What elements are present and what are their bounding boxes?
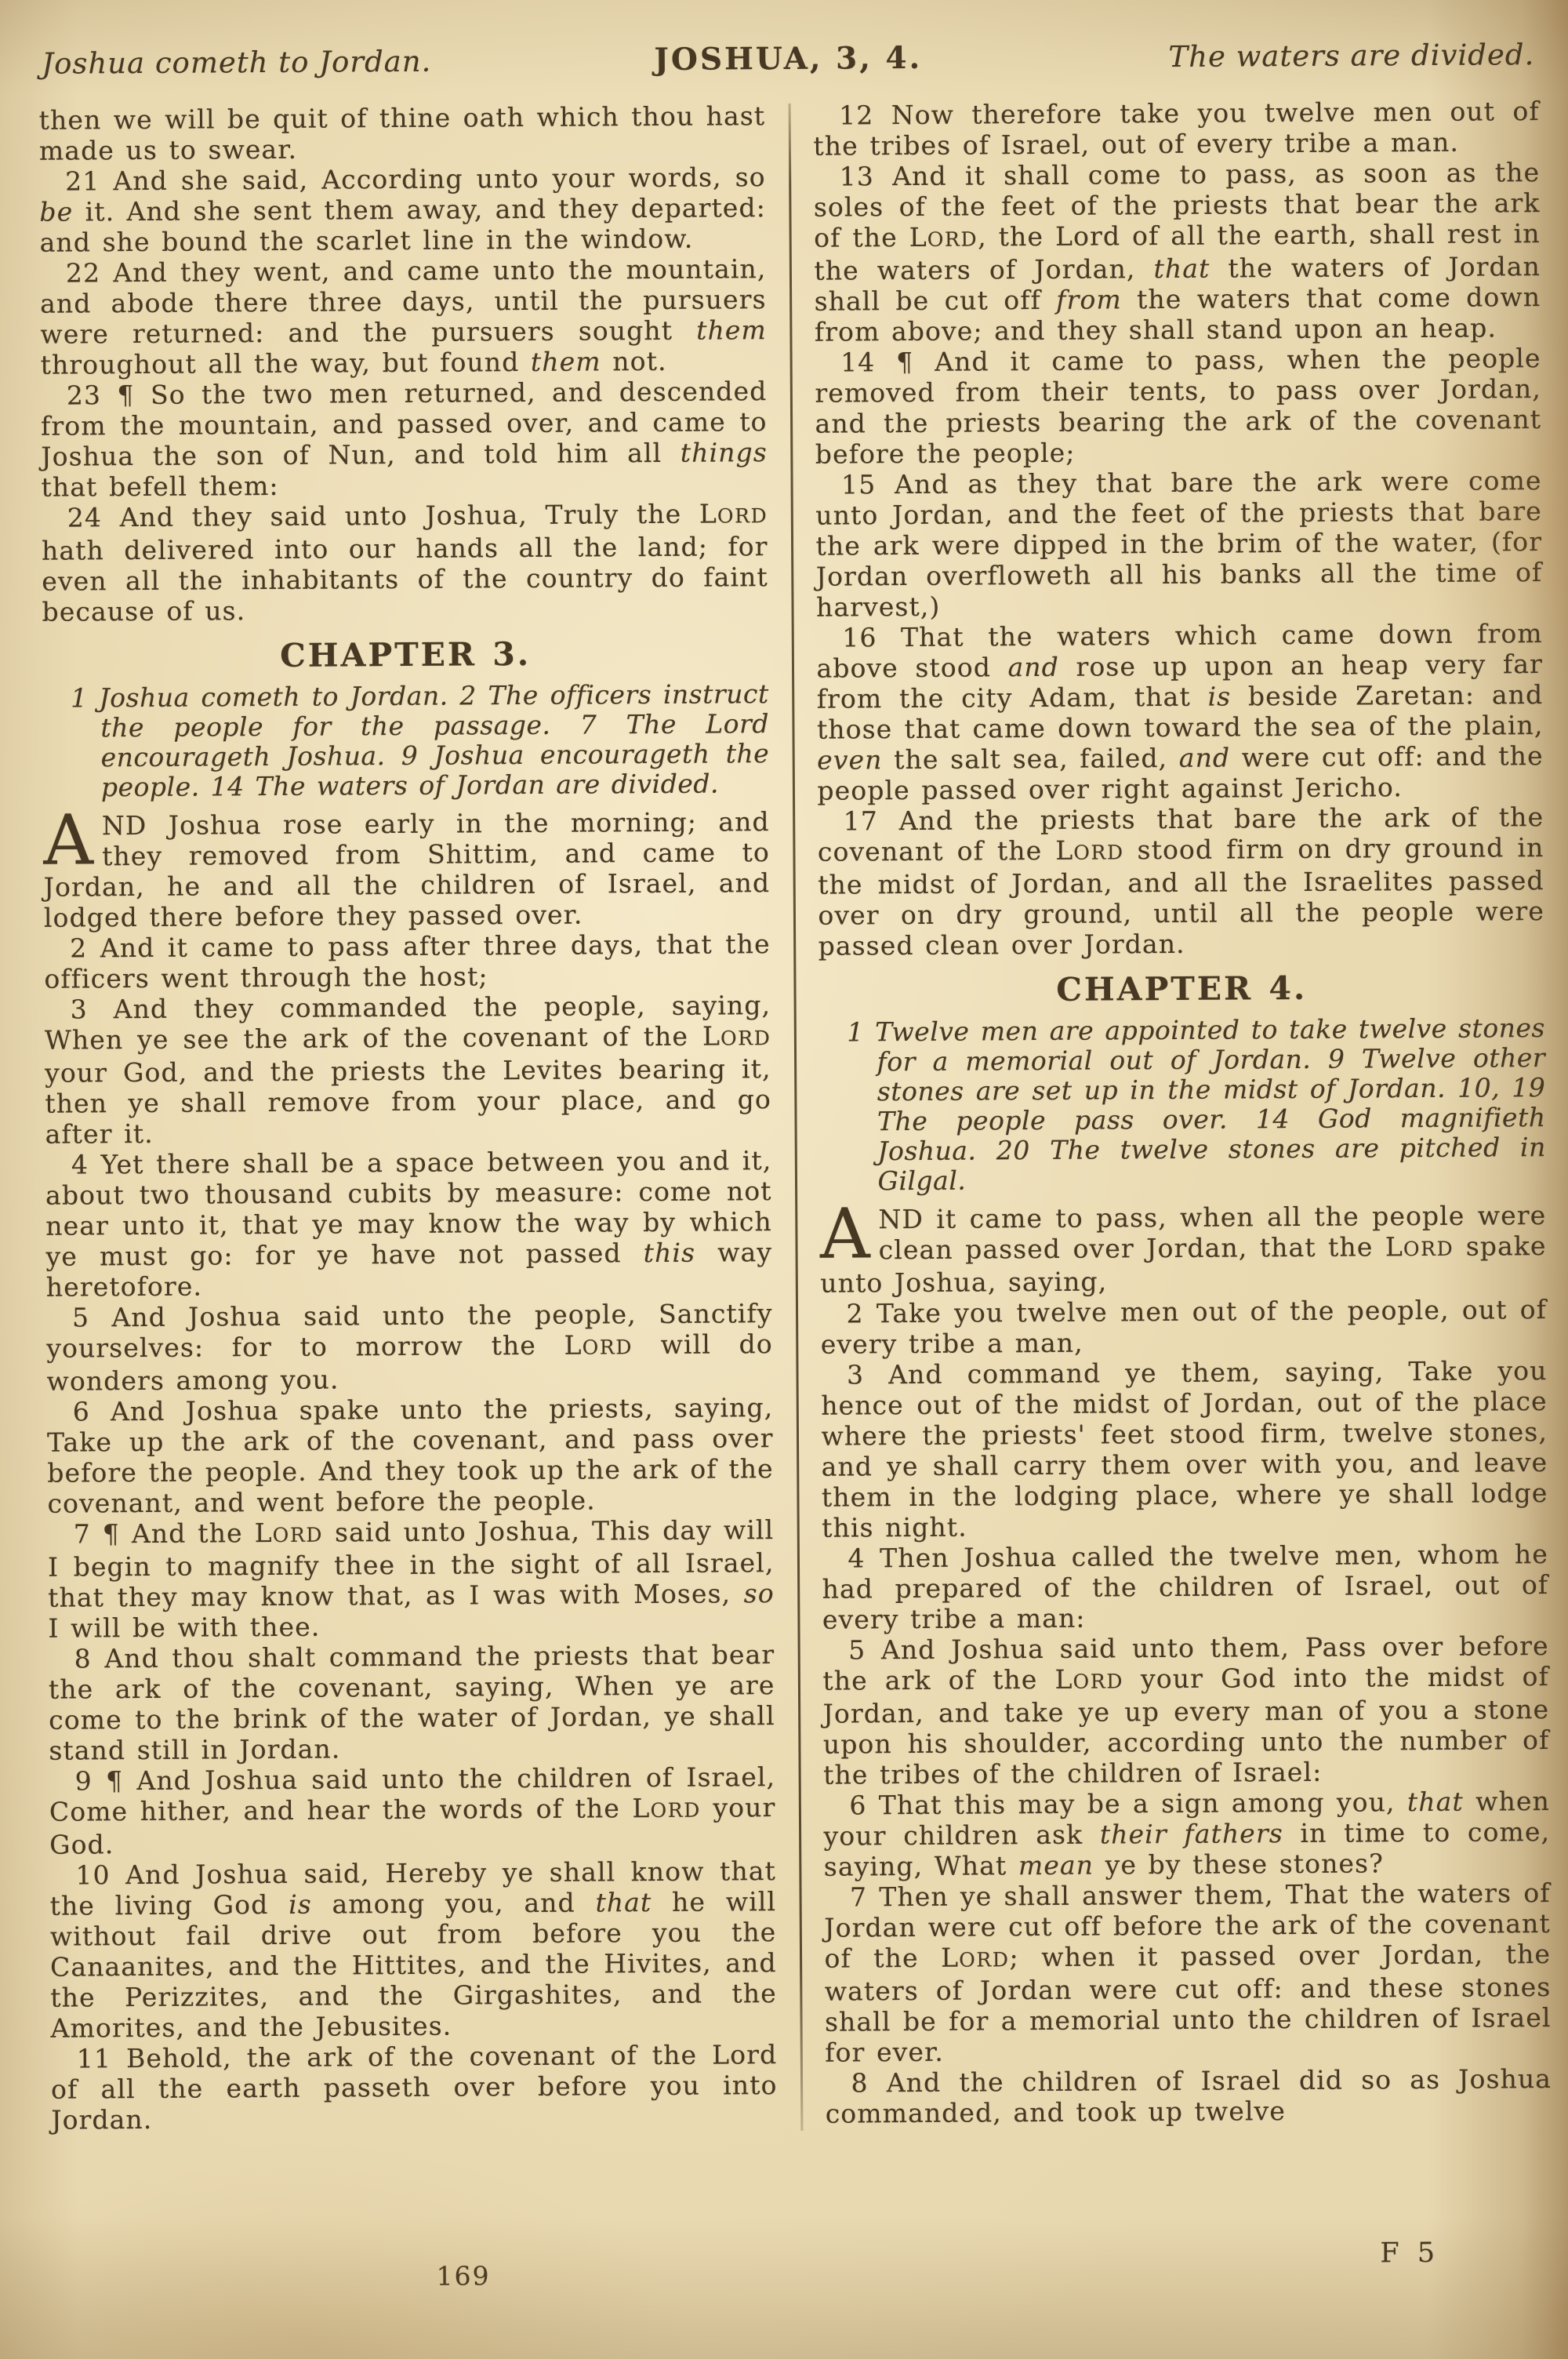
verse-paragraph: 24 And they said unto Joshua, Truly the …	[42, 498, 768, 627]
chapter-heading: CHAPTER 4.	[818, 969, 1545, 1009]
chapter-summary: 1 Twelve men are appointed to take twelv…	[818, 1013, 1546, 1197]
running-head-right: The waters are divided.	[930, 38, 1534, 75]
verse-paragraph: 4 Yet there shall be a space between you…	[45, 1145, 773, 1303]
column-left: then we will be quit of thine oath which…	[39, 100, 778, 2135]
verse-paragraph: 7 Then ye shall answer them, That the wa…	[824, 1877, 1552, 2068]
small-caps-lord: ORD	[720, 1027, 771, 1049]
verse-paragraph: 10 And Joshua said, Hereby ye shall know…	[49, 1856, 777, 2044]
verse-paragraph: 5 And Joshua said unto the people, Sanct…	[46, 1298, 773, 1397]
small-caps-lord: ORD	[1073, 1670, 1124, 1692]
small-caps-lord: ORD	[1403, 1238, 1454, 1260]
chapter-summary: 1 Joshua cometh to Jordan. 2 The officer…	[42, 679, 769, 803]
verse-paragraph: 8 And the children of Israel did so as J…	[825, 2063, 1552, 2129]
verse-paragraph: 13 And it shall come to pass, as soon as…	[814, 157, 1541, 347]
running-header: Joshua cometh to Jordan. JOSHUA, 3, 4. T…	[0, 0, 1561, 82]
verse-paragraph: 3 And command ye them, saying, Take you …	[821, 1355, 1548, 1543]
verse-paragraph: 2 And it came to pass after three days, …	[44, 929, 771, 994]
page-content: Joshua cometh to Jordan. JOSHUA, 3, 4. T…	[0, 0, 1568, 2359]
verse-paragraph: 2 Take you twelve men out of the people,…	[820, 1294, 1547, 1360]
chapter-heading: CHAPTER 3.	[42, 635, 769, 674]
small-caps-lord: ORD	[927, 227, 978, 250]
verse-paragraph: 14 ¶ And it came to pass, when the peopl…	[815, 343, 1541, 470]
book-chapter-title: JOSHUA, 3, 4.	[646, 40, 930, 78]
verse-paragraph: 4 Then Joshua called the twelve men, who…	[822, 1539, 1548, 1635]
verse-paragraph: 17 And the priests that bare the ark of …	[818, 801, 1545, 961]
verse-paragraph: 15 And as they that bare the ark were co…	[815, 465, 1543, 623]
verse-paragraph: 22 And they went, and came unto the moun…	[40, 253, 767, 380]
column-right: 12 Now therefore take you twelve men out…	[813, 96, 1552, 2131]
verse-paragraph: 11 Behold, the ark of the covenant of th…	[51, 2039, 778, 2135]
signature-mark: F 5	[1380, 2237, 1439, 2269]
small-caps-lord: ORD	[717, 504, 768, 527]
drop-cap-letter: A	[820, 1204, 879, 1264]
verse-continuation: then we will be quit of thine oath which…	[39, 100, 766, 166]
verse-paragraph: 5 And Joshua said unto them, Pass over b…	[822, 1630, 1550, 1790]
text-columns: then we will be quit of thine oath which…	[0, 72, 1568, 2135]
page-number: 169	[436, 2260, 490, 2291]
verse-paragraph: 9 ¶ And Joshua said unto the children of…	[49, 1761, 776, 1860]
small-caps-lord: ORD	[583, 1336, 633, 1358]
scanned-bible-page: Joshua cometh to Jordan. JOSHUA, 3, 4. T…	[0, 0, 1568, 2359]
small-caps-lord: ORD	[1073, 841, 1124, 863]
small-caps-lord: ORD	[273, 1524, 324, 1547]
drop-cap-letter: A	[43, 810, 102, 871]
verse-paragraph: 23 ¶ So the two men returned, and descen…	[41, 376, 768, 503]
verse-paragraph: 6 That this may be a sign among you, tha…	[823, 1786, 1550, 1882]
small-caps-lord: ORD	[650, 1799, 701, 1822]
verse-paragraph: 3 And they commanded the people, saying,…	[45, 990, 772, 1150]
verse-paragraph: 21 And she said, According unto your wor…	[39, 162, 766, 258]
small-caps-lord: ORD	[959, 1948, 1010, 1971]
verse-paragraph: 7 ¶ And the LORD said unto Joshua, This …	[48, 1514, 775, 1644]
verse-paragraph: 12 Now therefore take you twelve men out…	[813, 96, 1540, 162]
verse-paragraph: 16 That the waters which came down from …	[816, 618, 1544, 806]
opening-verse: AND Joshua rose early in the morning; an…	[43, 806, 770, 933]
opening-verse: AND it came to pass, when all the people…	[820, 1200, 1547, 1299]
verse-paragraph: 8 And thou shalt command the priests tha…	[49, 1639, 775, 1766]
column-divider-rule	[788, 104, 803, 2131]
running-head-left: Joshua cometh to Jordan.	[42, 43, 646, 81]
verse-paragraph: 6 And Joshua spake unto the priests, say…	[47, 1392, 774, 1519]
